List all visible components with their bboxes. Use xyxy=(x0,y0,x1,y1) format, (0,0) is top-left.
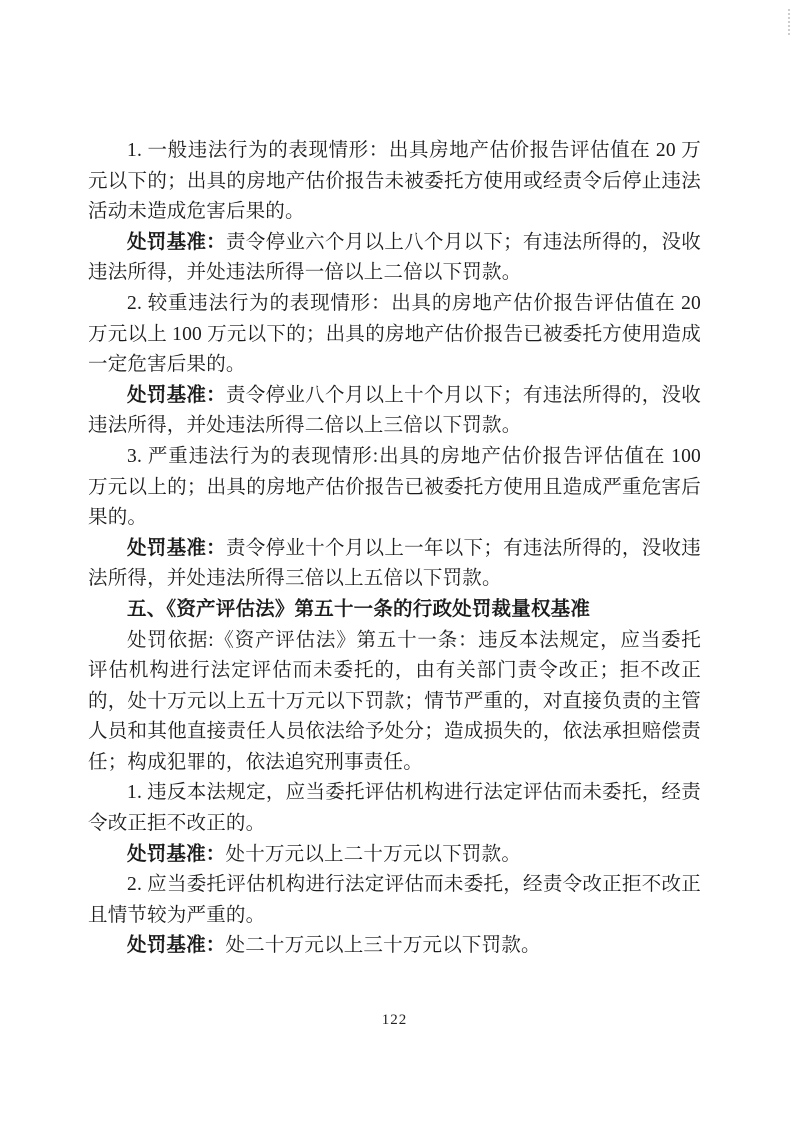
paragraph: 1. 一般违法行为的表现情形：出具房地产估价报告评估值在 20 万元以下的；出具… xyxy=(88,136,701,228)
penalty-standard-label: 处罚基准： xyxy=(127,844,226,865)
paragraph: 处罚基准：责令停业十个月以上一年以下；有违法所得的，没收违法所得，并处违法所得三… xyxy=(88,534,701,595)
paragraph: 1. 违反本法规定，应当委托评估机构进行法定评估而未委托，经责令改正拒不改正的。 xyxy=(88,778,701,839)
scan-artifact xyxy=(786,9,790,35)
paragraph-text: 五、《资产评估法》第五十一条的行政处罚裁量权基准 xyxy=(127,599,590,620)
penalty-standard-label: 处罚基准： xyxy=(127,935,226,956)
penalty-standard-label: 处罚基准： xyxy=(127,232,226,253)
page-number: 122 xyxy=(88,1012,701,1029)
paragraph: 处罚依据:《资产评估法》第五十一条：违反本法规定，应当委托评估机构进行法定评估而… xyxy=(88,626,701,779)
paragraph: 2. 应当委托评估机构进行法定评估而未委托，经责令改正拒不改正且情节较为严重的。 xyxy=(88,870,701,931)
paragraph: 处罚基准：处二十万元以上三十万元以下罚款。 xyxy=(88,931,701,962)
paragraph-text: 2. 较重违法行为的表现情形：出具的房地产估价报告评估值在 20 万元以上 10… xyxy=(88,293,701,375)
paragraph-text: 处罚依据:《资产评估法》第五十一条：违反本法规定，应当委托评估机构进行法定评估而… xyxy=(88,630,701,773)
penalty-standard-label: 处罚基准： xyxy=(127,385,226,406)
paragraph-text: 1. 一般违法行为的表现情形：出具房地产估价报告评估值在 20 万元以下的；出具… xyxy=(88,140,701,222)
paragraph-text: 1. 违反本法规定，应当委托评估机构进行法定评估而未委托，经责令改正拒不改正的。 xyxy=(88,782,701,834)
section-heading: 五、《资产评估法》第五十一条的行政处罚裁量权基准 xyxy=(88,595,701,626)
document-body: 1. 一般违法行为的表现情形：出具房地产估价报告评估值在 20 万元以下的；出具… xyxy=(88,136,701,962)
paragraph: 处罚基准：责令停业八个月以上十个月以下；有违法所得的，没收违法所得，并处违法所得… xyxy=(88,381,701,442)
document-page: 1. 一般违法行为的表现情形：出具房地产估价报告评估值在 20 万元以下的；出具… xyxy=(0,0,793,1122)
penalty-standard-label: 处罚基准： xyxy=(127,538,226,559)
paragraph-text: 3. 严重违法行为的表现情形:出具的房地产估价报告评估值在 100 万元以上的；… xyxy=(88,446,701,528)
paragraph-text: 2. 应当委托评估机构进行法定评估而未委托，经责令改正拒不改正且情节较为严重的。 xyxy=(88,874,701,926)
paragraph: 处罚基准：处十万元以上二十万元以下罚款。 xyxy=(88,840,701,871)
paragraph: 3. 严重违法行为的表现情形:出具的房地产估价报告评估值在 100 万元以上的；… xyxy=(88,442,701,534)
paragraph: 2. 较重违法行为的表现情形：出具的房地产估价报告评估值在 20 万元以上 10… xyxy=(88,289,701,381)
paragraph-text: 处十万元以上二十万元以下罚款。 xyxy=(226,844,522,865)
paragraph-text: 处二十万元以上三十万元以下罚款。 xyxy=(226,935,541,956)
paragraph: 处罚基准：责令停业六个月以上八个月以下；有违法所得的，没收违法所得，并处违法所得… xyxy=(88,228,701,289)
